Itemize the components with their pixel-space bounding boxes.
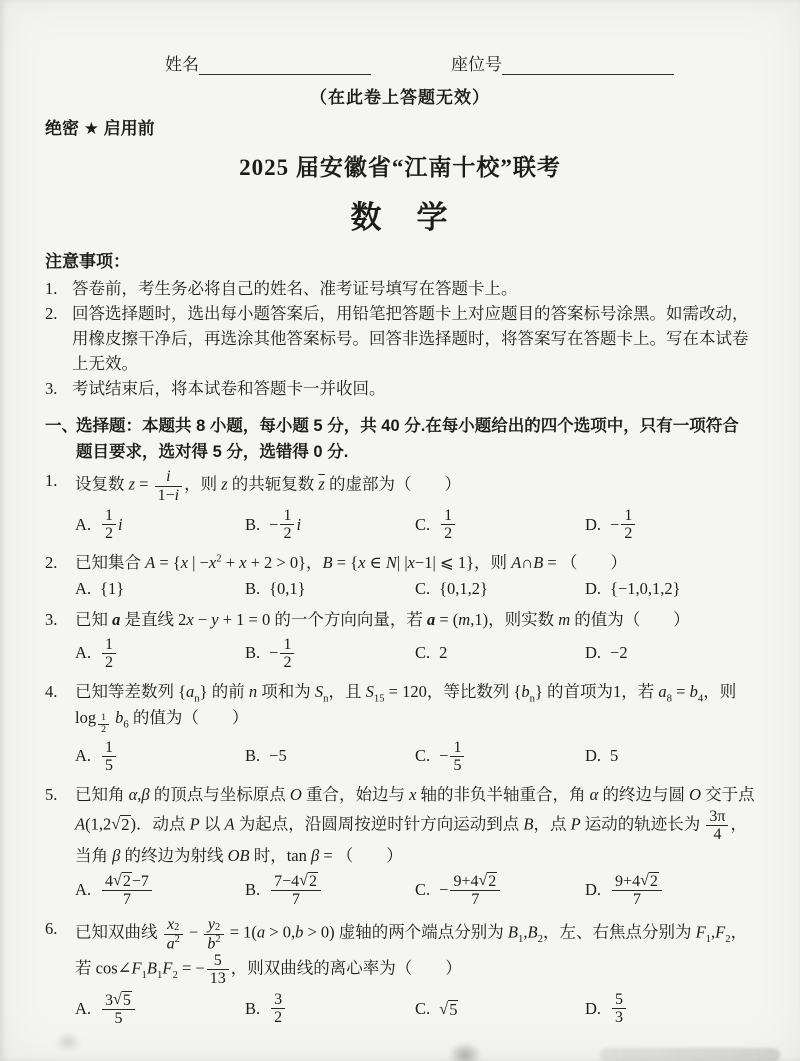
option-value: 2 bbox=[439, 643, 447, 663]
option-label: C. bbox=[415, 999, 430, 1019]
option-C: C.√5 bbox=[415, 999, 585, 1019]
section1-heading: 一、 选择题：本题共 8 小题，每小题 5 分，共 40 分.在每小题给出的四个… bbox=[45, 414, 755, 465]
option-value: 3√55 bbox=[100, 991, 137, 1028]
question-number: 4. bbox=[45, 679, 75, 779]
option-B: B.7−4√27 bbox=[245, 872, 415, 909]
option-value: 4√2−77 bbox=[100, 872, 154, 909]
subject-title: 数 学 bbox=[45, 192, 755, 237]
option-A: A.12 bbox=[75, 636, 245, 672]
question-3: 3.已知 a 是直线 2x − y + 1 = 0 的一个方向向量，若 a = … bbox=[45, 607, 755, 676]
option-D: D.{−1,0,1,2} bbox=[585, 579, 755, 599]
option-label: C. bbox=[415, 643, 430, 663]
note-number: 1. bbox=[45, 276, 72, 301]
option-label: A. bbox=[75, 746, 91, 766]
option-value: 12i bbox=[100, 507, 123, 543]
option-label: C. bbox=[415, 746, 430, 766]
option-A: A.3√55 bbox=[75, 991, 245, 1028]
question-stem: 已知集合 A = {x | −x2 + x + 2 > 0}，B = {x ∈ … bbox=[75, 550, 755, 576]
scan-smudge bbox=[600, 1048, 780, 1061]
section1-marker: 一、 bbox=[45, 414, 76, 465]
question-2: 2.已知集合 A = {x | −x2 + x + 2 > 0}，B = {x … bbox=[45, 550, 755, 604]
option-value: √5 bbox=[439, 1000, 458, 1019]
option-value: {1} bbox=[100, 579, 124, 599]
option-value: 5 bbox=[610, 746, 618, 766]
option-value: −2 bbox=[610, 643, 628, 663]
option-value: −12i bbox=[269, 507, 301, 543]
options-row: A.4√2−77B.7−4√27C.−9+4√27D.9+4√27 bbox=[75, 872, 755, 909]
option-label: B. bbox=[245, 999, 260, 1019]
option-label: A. bbox=[75, 880, 91, 900]
option-value: −9+4√27 bbox=[439, 872, 502, 909]
option-value: −12 bbox=[269, 636, 296, 672]
notes-section: 注意事项： 1. 答卷前，考生务必将自己的姓名、准考证号填写在答题卡上。 2. … bbox=[45, 249, 755, 401]
question-6: 6.已知双曲线 x2a2 − y2b2 = 1(a > 0,b > 0) 虚轴的… bbox=[45, 916, 755, 1032]
option-A: A.15 bbox=[75, 739, 245, 775]
note-text: 回答选择题时，选出每小题答案后，用铅笔把答题卡上对应题目的答案标号涂黑。如需改动… bbox=[72, 301, 755, 376]
section1-text: 选择题：本题共 8 小题，每小题 5 分，共 40 分.在每小题给出的四个选项中… bbox=[76, 414, 755, 465]
option-D: D.53 bbox=[585, 991, 755, 1027]
note-text: 考试结束后，将本试卷和答题卡一并收回。 bbox=[72, 376, 755, 401]
question-number: 5. bbox=[45, 782, 75, 913]
option-value: −15 bbox=[439, 739, 466, 775]
note-text: 答卷前，考生务必将自己的姓名、准考证号填写在答题卡上。 bbox=[72, 276, 755, 301]
question-stem: 设复数 z = i1−i，则 z 的共轭复数 z 的虚部为（ ） bbox=[75, 468, 755, 504]
option-value: 7−4√27 bbox=[269, 872, 323, 909]
exam-paper-page: 姓名 座位号 （在此卷上答题无效） 绝密 ★ 启用前 2025 届安徽省“江南十… bbox=[0, 0, 800, 1061]
question-number: 2. bbox=[45, 550, 75, 604]
note-number: 3. bbox=[45, 376, 72, 401]
option-C: C.2 bbox=[415, 643, 585, 663]
notes-title: 注意事项： bbox=[45, 249, 755, 275]
question-1: 1.设复数 z = i1−i，则 z 的共轭复数 z 的虚部为（ ）A.12iB… bbox=[45, 468, 755, 547]
question-stem: 已知双曲线 x2a2 − y2b2 = 1(a > 0,b > 0) 虚轴的两个… bbox=[75, 916, 755, 987]
option-label: A. bbox=[75, 579, 91, 599]
option-C: C.{0,1,2} bbox=[415, 579, 585, 599]
option-label: C. bbox=[415, 880, 430, 900]
option-value: −5 bbox=[269, 746, 287, 766]
name-blank-line bbox=[199, 56, 371, 75]
name-seat-row: 姓名 座位号 bbox=[165, 50, 755, 75]
option-value: 9+4√27 bbox=[610, 872, 664, 909]
option-B: B.−5 bbox=[245, 746, 415, 766]
name-field: 姓名 bbox=[165, 50, 371, 75]
option-value: 12 bbox=[439, 507, 457, 543]
option-B: B.{0,1} bbox=[245, 579, 415, 599]
option-label: C. bbox=[415, 579, 430, 599]
option-C: C.12 bbox=[415, 507, 585, 543]
option-B: B.−12 bbox=[245, 636, 415, 672]
question-stem: 已知 a 是直线 2x − y + 1 = 0 的一个方向向量，若 a = (m… bbox=[75, 607, 755, 633]
option-label: B. bbox=[245, 643, 260, 663]
option-value: 53 bbox=[610, 991, 628, 1027]
option-label: D. bbox=[585, 999, 601, 1019]
option-value: {−1,0,1,2} bbox=[610, 579, 681, 599]
question-stem: 已知等差数列 {an} 的前 n 项和为 Sn，且 S15 = 120，等比数列… bbox=[75, 679, 755, 736]
note-item-2: 2. 回答选择题时，选出每小题答案后，用铅笔把答题卡上对应题目的答案标号涂黑。如… bbox=[45, 301, 755, 376]
option-B: B.−12i bbox=[245, 507, 415, 543]
seat-blank-line bbox=[502, 56, 674, 75]
option-D: D.−12 bbox=[585, 507, 755, 543]
invalid-notice: （在此卷上答题无效） bbox=[45, 83, 755, 108]
option-C: C.−15 bbox=[415, 739, 585, 775]
option-value: {0,1,2} bbox=[439, 579, 488, 599]
option-value: 32 bbox=[269, 991, 287, 1027]
question-4: 4.已知等差数列 {an} 的前 n 项和为 Sn，且 S15 = 120，等比… bbox=[45, 679, 755, 779]
question-number: 3. bbox=[45, 607, 75, 676]
note-item-1: 1. 答卷前，考生务必将自己的姓名、准考证号填写在答题卡上。 bbox=[45, 276, 755, 301]
option-C: C.−9+4√27 bbox=[415, 872, 585, 909]
option-label: D. bbox=[585, 880, 601, 900]
option-A: A.{1} bbox=[75, 579, 245, 599]
name-label: 姓名 bbox=[165, 50, 199, 75]
note-item-3: 3. 考试结束后，将本试卷和答题卡一并收回。 bbox=[45, 376, 755, 401]
options-row: A.15B.−5C.−15D.5 bbox=[75, 739, 755, 775]
option-label: D. bbox=[585, 515, 601, 535]
option-label: A. bbox=[75, 643, 91, 663]
option-label: D. bbox=[585, 643, 601, 663]
option-label: A. bbox=[75, 515, 91, 535]
options-row: A.12iB.−12iC.12D.−12 bbox=[75, 507, 755, 543]
option-D: D.5 bbox=[585, 746, 755, 766]
options-row: A.{1}B.{0,1}C.{0,1,2}D.{−1,0,1,2} bbox=[75, 579, 755, 599]
seat-label: 座位号 bbox=[451, 50, 502, 75]
option-label: D. bbox=[585, 579, 601, 599]
scan-smudge bbox=[448, 1042, 482, 1061]
option-D: D.9+4√27 bbox=[585, 872, 755, 909]
question-number: 1. bbox=[45, 468, 75, 547]
option-A: A.12i bbox=[75, 507, 245, 543]
option-value: 15 bbox=[100, 739, 118, 775]
option-value: 12 bbox=[100, 636, 118, 672]
option-value: {0,1} bbox=[269, 579, 305, 599]
option-label: B. bbox=[245, 515, 260, 535]
question-number: 6. bbox=[45, 916, 75, 1032]
option-label: B. bbox=[245, 746, 260, 766]
option-value: −12 bbox=[610, 507, 637, 543]
options-row: A.3√55B.32C.√5D.53 bbox=[75, 991, 755, 1028]
questions-list: 1.设复数 z = i1−i，则 z 的共轭复数 z 的虚部为（ ）A.12iB… bbox=[45, 468, 755, 1032]
secret-label: 绝密 ★ 启用前 bbox=[45, 114, 755, 139]
options-row: A.12B.−12C.2D.−2 bbox=[75, 636, 755, 672]
option-label: D. bbox=[585, 746, 601, 766]
exam-title: 2025 届安徽省“江南十校”联考 bbox=[45, 149, 755, 182]
option-label: B. bbox=[245, 880, 260, 900]
option-D: D.−2 bbox=[585, 643, 755, 663]
seat-field: 座位号 bbox=[451, 50, 674, 75]
scan-smudge bbox=[55, 1032, 81, 1052]
question-5: 5.已知角 α,β 的顶点与坐标原点 O 重合，始边与 x 轴的非负半轴重合，角… bbox=[45, 782, 755, 913]
option-label: C. bbox=[415, 515, 430, 535]
question-stem: 已知角 α,β 的顶点与坐标原点 O 重合，始边与 x 轴的非负半轴重合，角 α… bbox=[75, 782, 755, 869]
option-label: B. bbox=[245, 579, 260, 599]
note-number: 2. bbox=[45, 301, 72, 376]
option-label: A. bbox=[75, 999, 91, 1019]
option-B: B.32 bbox=[245, 991, 415, 1027]
option-A: A.4√2−77 bbox=[75, 872, 245, 909]
